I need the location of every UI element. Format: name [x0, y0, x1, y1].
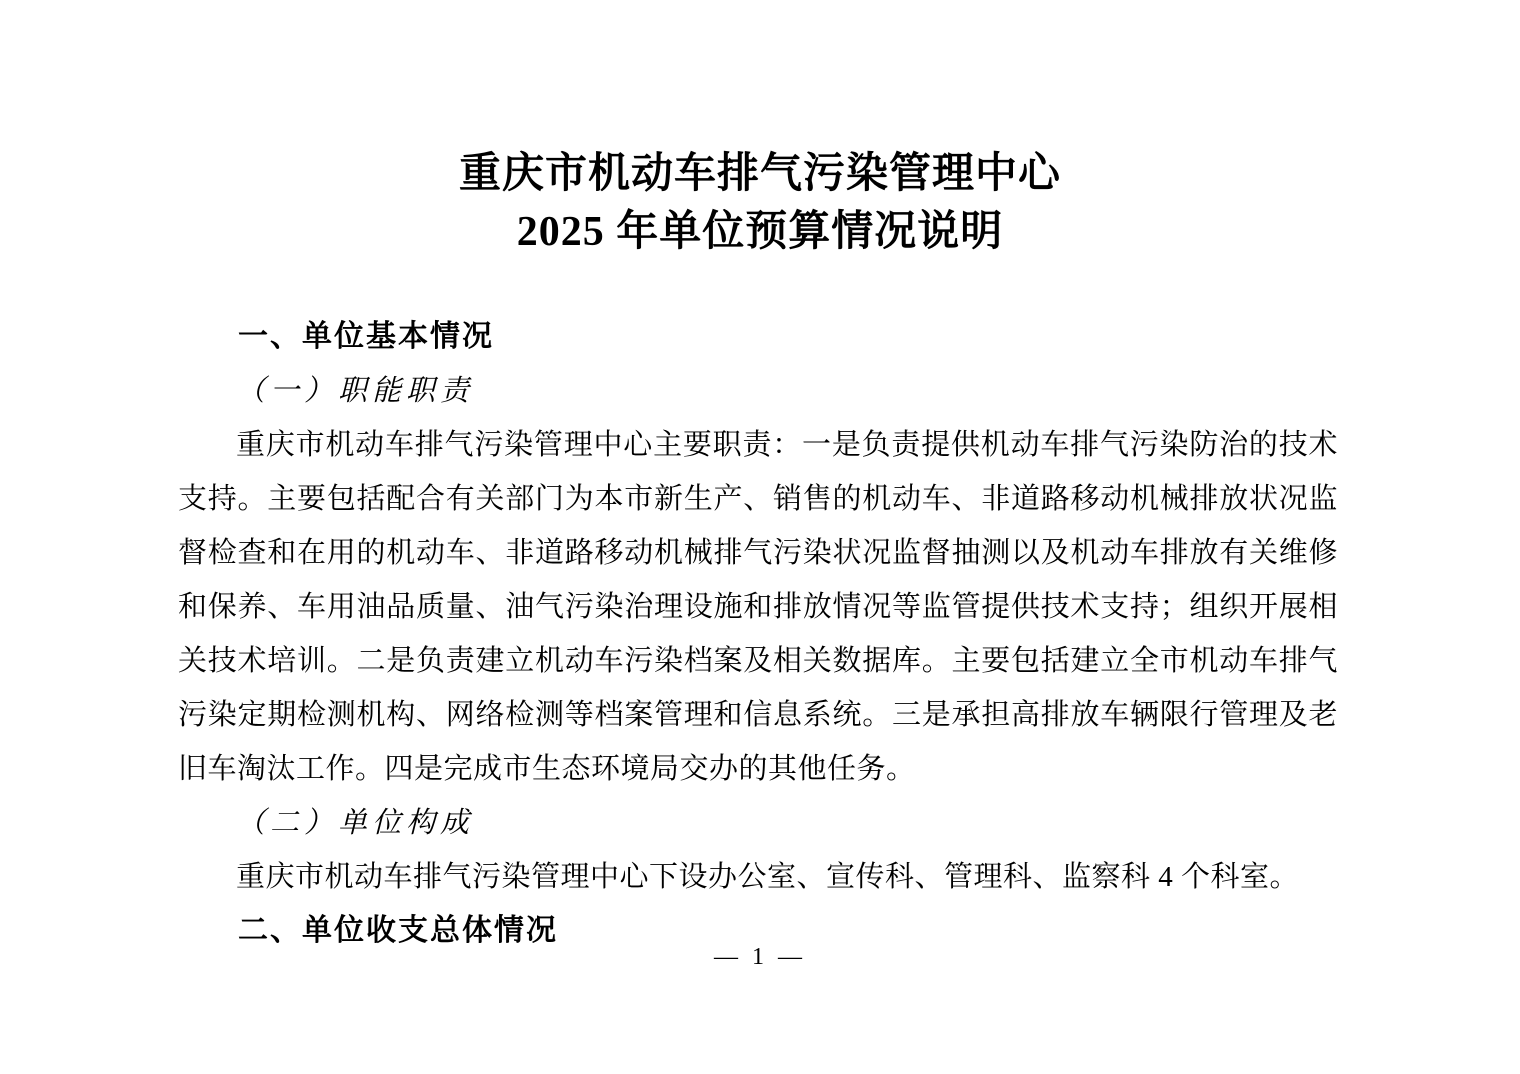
- section-1-heading: 一、单位基本情况: [178, 310, 1338, 364]
- page-number: — 1 —: [0, 942, 1520, 972]
- doc-title-line1: 重庆市机动车排气污染管理中心: [0, 145, 1520, 203]
- doc-title-line2: 2025 年单位预算情况说明: [0, 203, 1520, 261]
- doc-title: 重庆市机动车排气污染管理中心 2025 年单位预算情况说明: [0, 145, 1520, 261]
- subsection-1-2-heading: （二）单位构成: [178, 796, 1338, 850]
- paragraph-duties: 重庆市机动车排气污染管理中心主要职责：一是负责提供机动车排气污染防治的技术支持。…: [178, 418, 1338, 796]
- doc-body: 一、单位基本情况 （一）职能职责 重庆市机动车排气污染管理中心主要职责：一是负责…: [178, 310, 1338, 958]
- subsection-1-1-heading: （一）职能职责: [178, 364, 1338, 418]
- document-page: 重庆市机动车排气污染管理中心 2025 年单位预算情况说明 一、单位基本情况 （…: [0, 0, 1520, 1074]
- paragraph-unit-composition: 重庆市机动车排气污染管理中心下设办公室、宣传科、管理科、监察科 4 个科室。: [178, 850, 1338, 904]
